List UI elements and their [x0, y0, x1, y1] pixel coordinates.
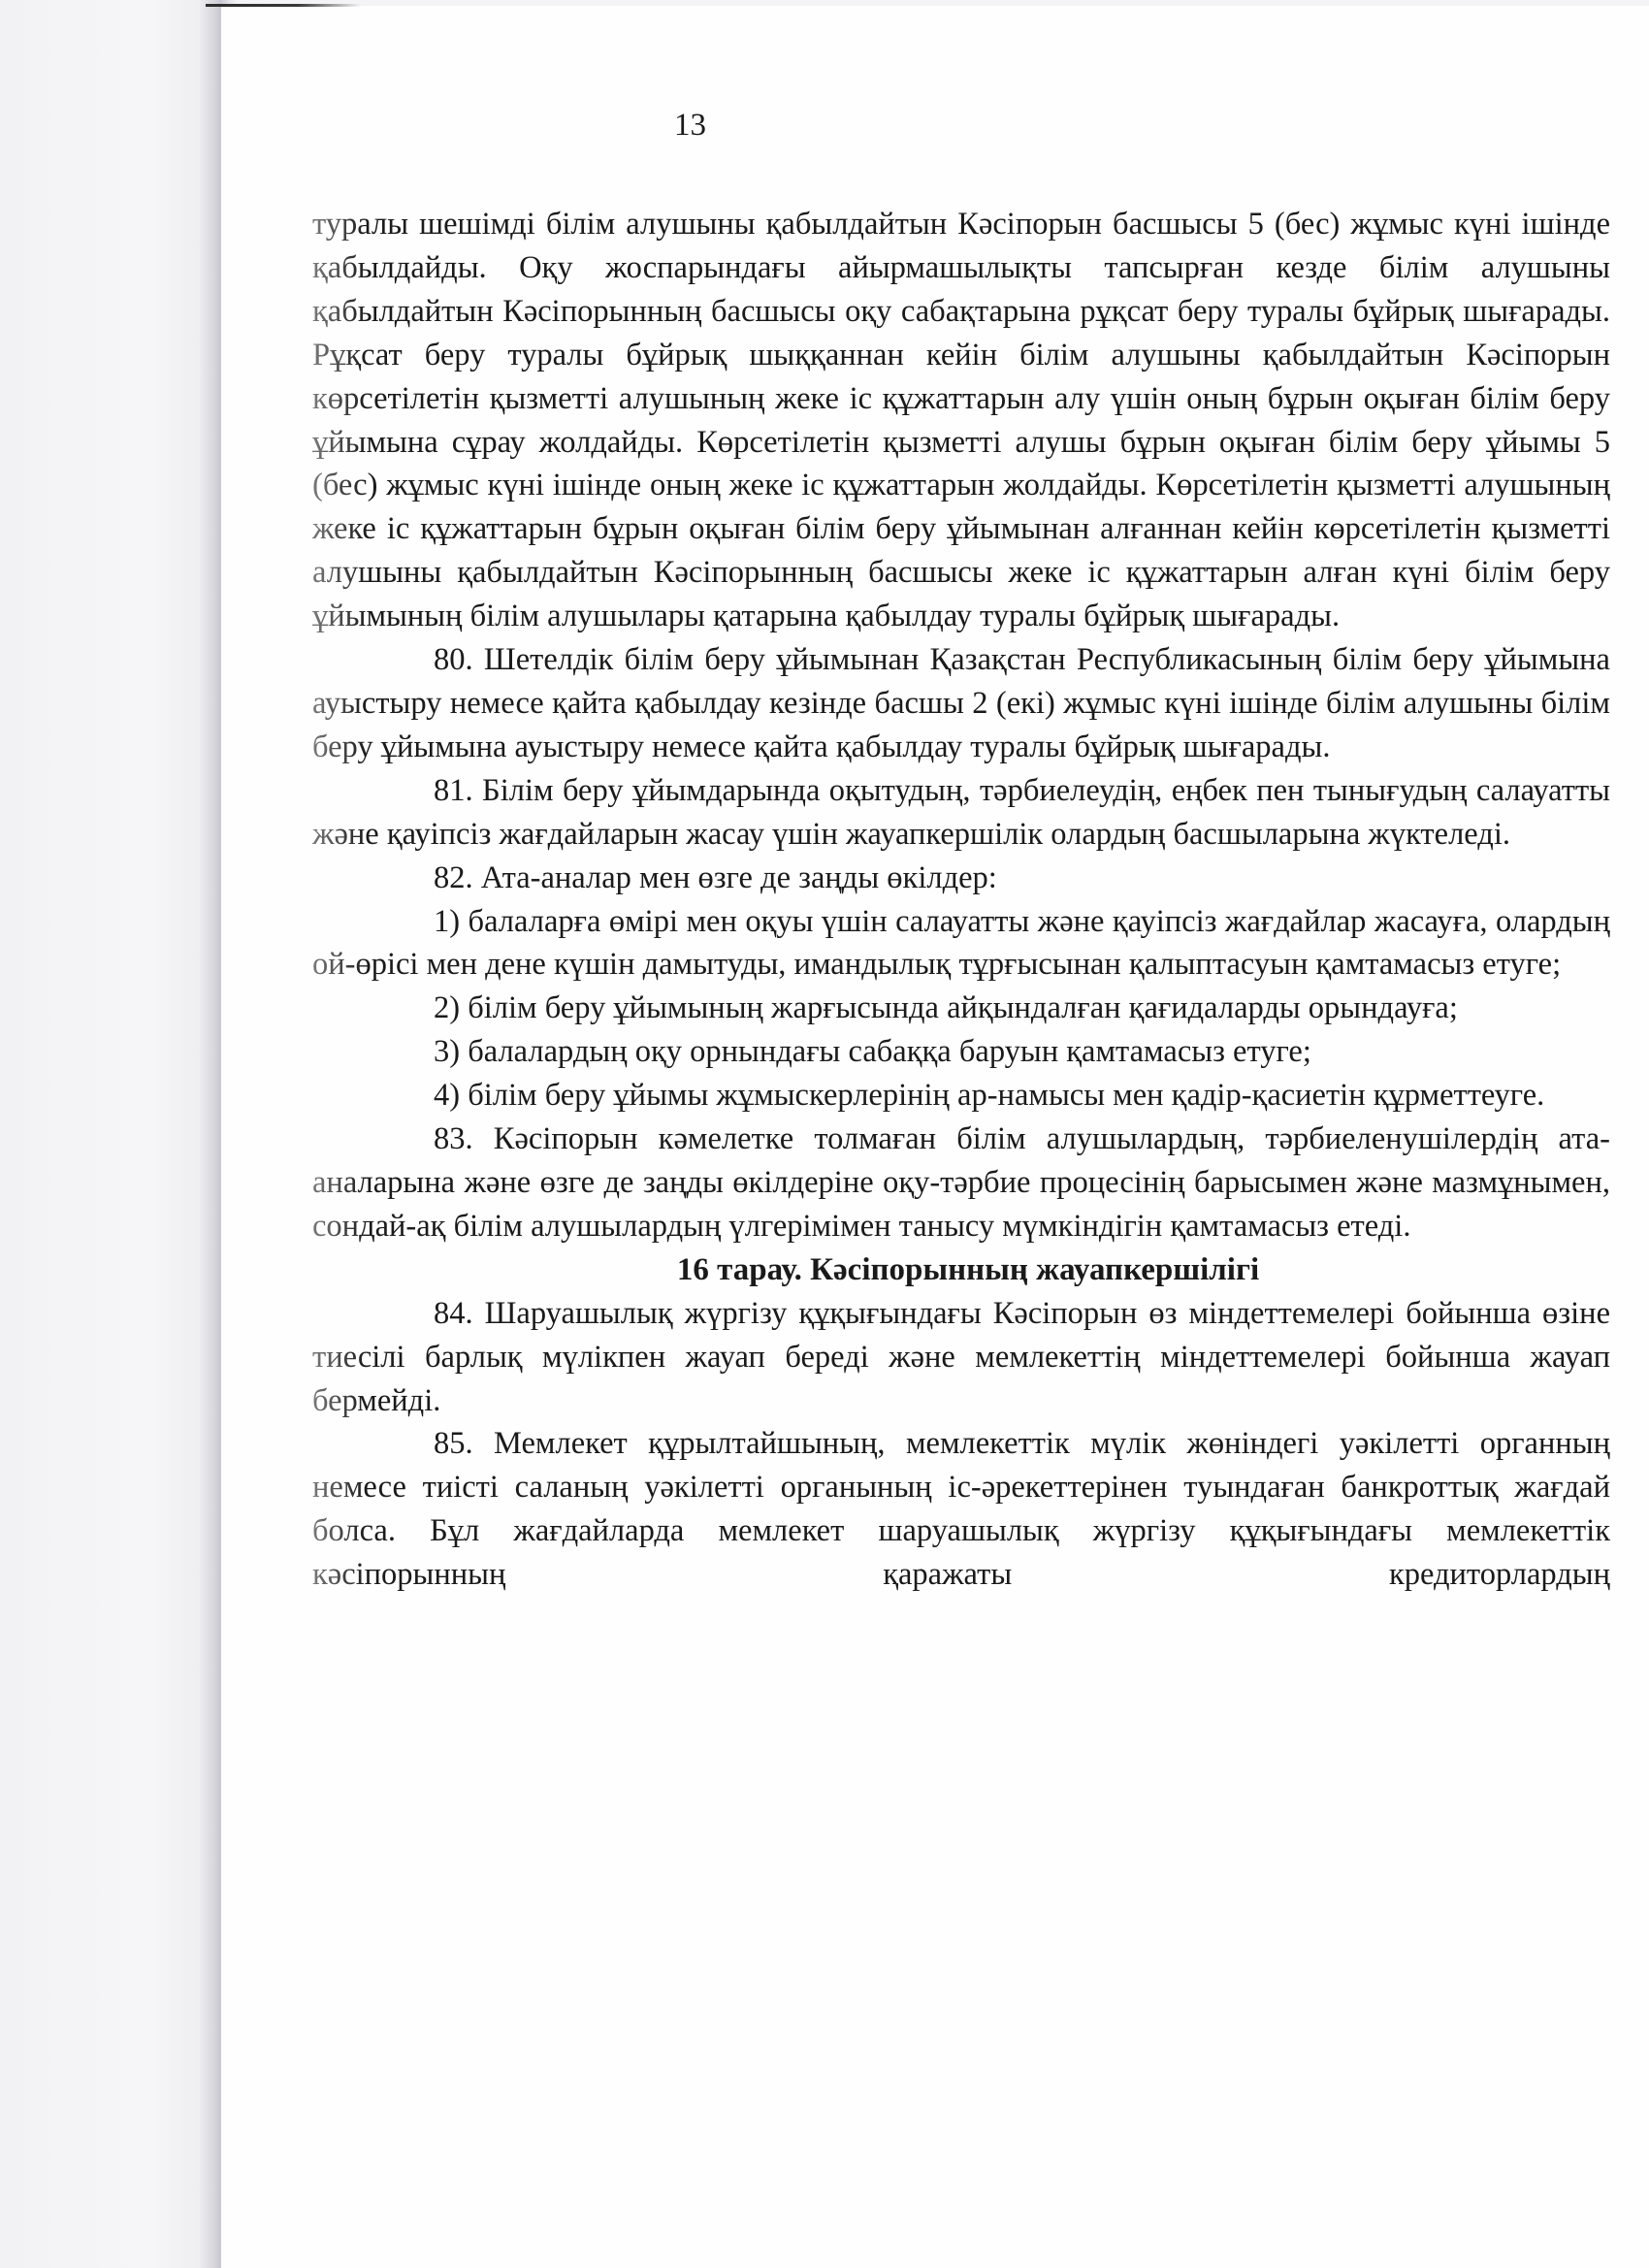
paragraph-82: 82. Ата-аналар мен өзге де заңды өкілдер…	[312, 857, 1610, 900]
paragraph-79-continued: туралы шешімді білім алушыны қабылдайтын…	[312, 203, 1610, 638]
chapter-heading: 16 тарау. Кәсіпорынның жауапкершілігі	[312, 1248, 1610, 1292]
document-body: туралы шешімді білім алушыны қабылдайтын…	[312, 203, 1610, 1597]
paragraph-82-item-1: 1) балаларға өмірі мен оқуы үшін салауат…	[312, 900, 1610, 988]
page-number: 13	[0, 107, 1649, 144]
paragraph-82-item-2: 2) білім беру ұйымының жарғысында айқынд…	[312, 987, 1610, 1030]
paragraph-80: 80. Шетелдік білім беру ұйымынан Қазақст…	[312, 638, 1610, 769]
paragraph-84: 84. Шаруашылық жүргізу құқығындағы Кәсіп…	[312, 1292, 1610, 1423]
paragraph-81: 81. Білім беру ұйымдарында оқытудың, тәр…	[312, 769, 1610, 857]
page-top-edge	[206, 4, 361, 7]
paragraph-85: 85. Мемлекет құрылтайшының, мемлекеттік …	[312, 1422, 1610, 1597]
paragraph-82-item-4: 4) білім беру ұйымы жұмыскерлерінің ар-н…	[312, 1074, 1610, 1118]
facing-page	[0, 0, 215, 2268]
paragraph-83: 83. Кәсіпорын кәмелетке толмаған білім а…	[312, 1118, 1610, 1248]
page-number-text: 13	[674, 107, 706, 144]
paragraph-82-item-3: 3) балалардың оқу орнындағы сабаққа бару…	[312, 1030, 1610, 1074]
